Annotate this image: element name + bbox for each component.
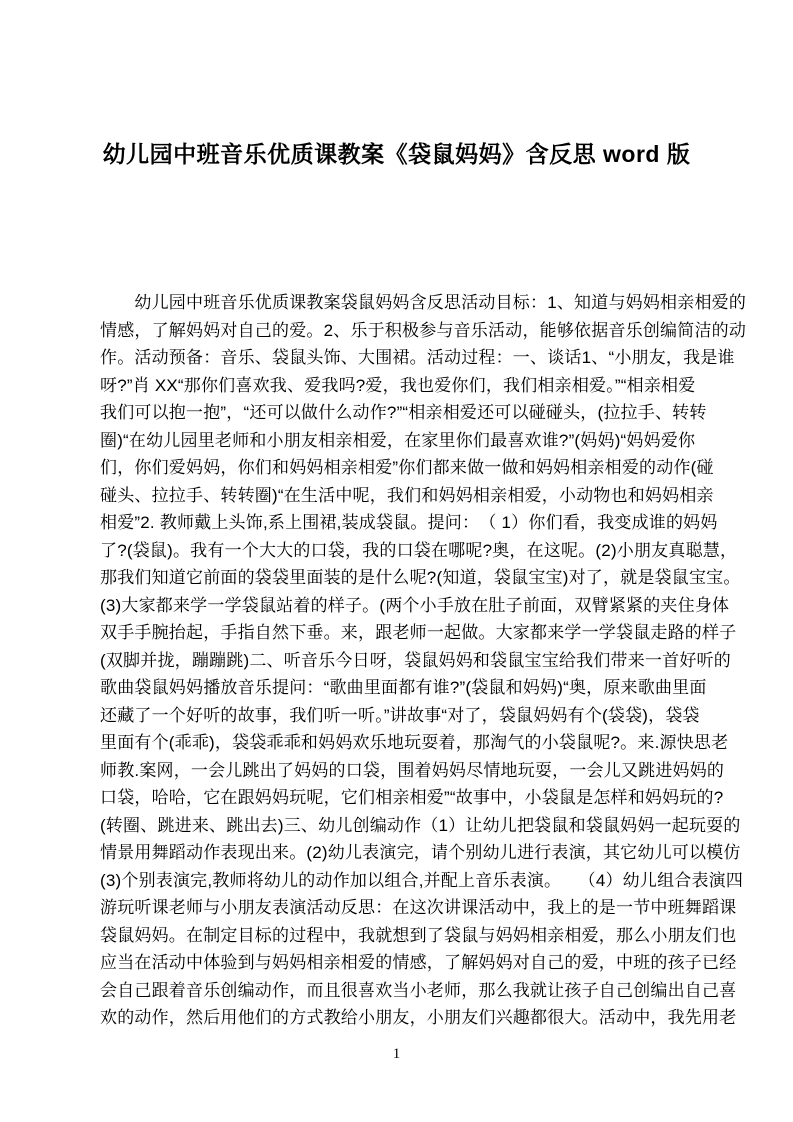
text-line: (双脚并拢，蹦蹦跳)二、听音乐今日呀，袋鼠妈妈和袋鼠宝宝给我们带来一首好听的: [100, 647, 793, 675]
text-line: 双手手腕抬起，手指自然下垂。来，跟老师一起做。大家都来学一学袋鼠走路的样子: [100, 619, 793, 647]
text-line: 圈)“在幼儿园里老师和小朋友相亲相爱，在家里你们最喜欢谁?”(妈妈)“妈妈爱你: [100, 427, 793, 455]
text-line: 会自己跟着音乐创编动作，而且很喜欢当小老师，那么我就让孩子自己创编出自己喜: [100, 977, 793, 1005]
text-line: 幼儿园中班音乐优质课教案袋鼠妈妈含反思活动目标：1、知道与妈妈相亲相爱的: [100, 289, 793, 317]
text-line: 们，你们爱妈妈，你们和妈妈相亲相爱”你们都来做一做和妈妈相亲相爱的动作(碰: [100, 454, 793, 482]
text-line: (3)大家都来学一学袋鼠站着的样子。(两个小手放在肚子前面，双臂紧紧的夹住身体: [100, 592, 793, 620]
text-line: 了?(袋鼠)。我有一个大大的口袋，我的口袋在哪呢?奥，在这呢。(2)小朋友真聪慧…: [100, 537, 793, 565]
text-line: 情景用舞蹈动作表现出来。(2)幼儿表演完，请个别幼儿进行表演，其它幼儿可以模仿: [100, 839, 793, 867]
text-line: 碰头、拉拉手、转转圈)“在生活中呢，我们和妈妈相亲相爱，小动物也和妈妈相亲: [100, 482, 793, 510]
text-line: 情感，了解妈妈对自己的爱。2、乐于积极参与音乐活动，能够依据音乐创编简洁的动: [100, 317, 793, 345]
page-number: 1: [0, 1046, 793, 1063]
text-line: 那我们知道它前面的袋袋里面装的是什么呢?(知道，袋鼠宝宝)对了，就是袋鼠宝宝。: [100, 564, 793, 592]
document-body-text: 幼儿园中班音乐优质课教案袋鼠妈妈含反思活动目标：1、知道与妈妈相亲相爱的情感，了…: [100, 289, 793, 1032]
text-line: 相爱”2. 教师戴上头饰,系上围裙,装成袋鼠。提问： （ 1）你们看，我变成谁的…: [100, 509, 793, 537]
text-line: 还藏了一个好听的故事，我们听一听。”讲故事“对了，袋鼠妈妈有个(袋袋)，袋袋: [100, 702, 793, 730]
document-page: 幼儿园中班音乐优质课教案《袋鼠妈妈》含反思 word 版 幼儿园中班音乐优质课教…: [0, 0, 793, 1122]
text-line: 歌曲袋鼠妈妈播放音乐提问：“歌曲里面都有谁?”(袋鼠和妈妈)“奥，原来歌曲里面: [100, 674, 793, 702]
text-line: 里面有个(乖乖)，袋袋乖乖和妈妈欢乐地玩耍着，那淘气的小袋鼠呢?。来.源快思老: [100, 729, 793, 757]
text-line: 欢的动作，然后用他们的方式教给小朋友，小朋友们兴趣都很大。活动中，我先用老: [100, 1004, 793, 1032]
text-line: 应当在活动中体验到与妈妈相亲相爱的情感，了解妈妈对自己的爱，中班的孩子已经: [100, 949, 793, 977]
text-line: 游玩听课老师与小朋友表演活动反思：在这次讲课活动中，我上的是一节中班舞蹈课: [100, 894, 793, 922]
text-line: 师教.案网，一会儿跳出了妈妈的口袋，围着妈妈尽情地玩耍，一会儿又跳进妈妈的: [100, 757, 793, 785]
text-line: 我们可以抱一抱”，“还可以做什么动作?”“相亲相爱还可以碰碰头，(拉拉手、转转: [100, 399, 793, 427]
text-line: (转圈、跳进来、跳出去)三、幼儿创编动作（1）让幼儿把袋鼠和袋鼠妈妈一起玩耍的: [100, 812, 793, 840]
text-line: 呀?”肖 XX“那你们喜欢我、爱我吗?爱，我也爱你们，我们相亲相爱。”“相亲相爱: [100, 372, 793, 400]
text-line: 袋鼠妈妈。在制定目标的过程中，我就想到了袋鼠与妈妈相亲相爱，那么小朋友们也: [100, 922, 793, 950]
text-line: (3)个别表演完,教师将幼儿的动作加以组合,并配上音乐表演。 （4）幼儿组合表演…: [100, 867, 793, 895]
document-title: 幼儿园中班音乐优质课教案《袋鼠妈妈》含反思 word 版: [0, 136, 793, 169]
text-line: 作。活动预备：音乐、袋鼠头饰、大围裙。活动过程：一、谈话1、“小朋友，我是谁: [100, 344, 793, 372]
text-line: 口袋，哈哈，它在跟妈妈玩呢，它们相亲相爱”“故事中，小袋鼠是怎样和妈妈玩的?: [100, 784, 793, 812]
